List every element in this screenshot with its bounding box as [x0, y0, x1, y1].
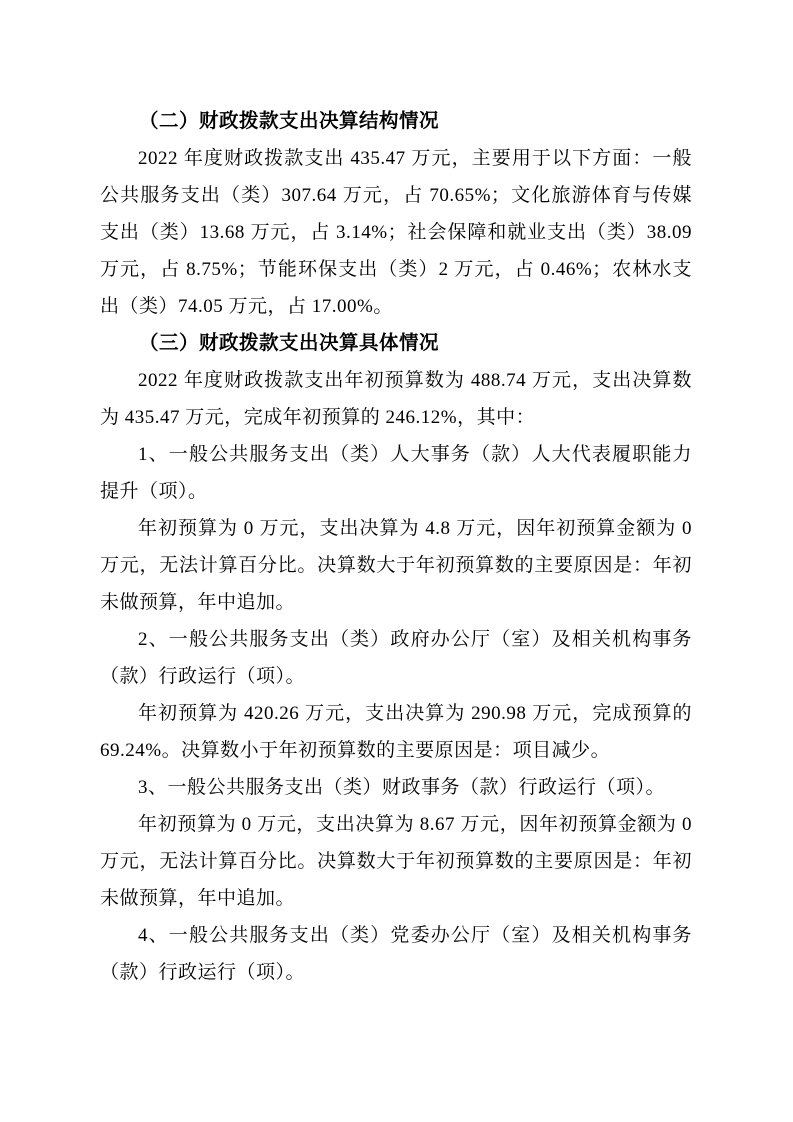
paragraph-item-1-title: 1、一般公共服务支出（类）人大事务（款）人大代表履职能力提升（项）。 — [100, 436, 692, 510]
paragraph-item-1-detail: 年初预算为 0 万元，支出决算为 4.8 万元，因年初预算金额为 0 万元，无法… — [100, 510, 692, 621]
document-page: （二）财政拨款支出决算结构情况 2022 年度财政拨款支出 435.47 万元，… — [0, 0, 793, 1122]
document-content: （二）财政拨款支出决算结构情况 2022 年度财政拨款支出 435.47 万元，… — [100, 103, 692, 991]
paragraph-item-4-title: 4、一般公共服务支出（类）党委办公厅（室）及相关机构事务（款）行政运行（项）。 — [100, 917, 692, 991]
section-heading-expenditure-detail: （三）财政拨款支出决算具体情况 — [100, 325, 692, 362]
paragraph-item-2-title: 2、一般公共服务支出（类）政府办公厅（室）及相关机构事务（款）行政运行（项）。 — [100, 621, 692, 695]
paragraph-item-2-detail: 年初预算为 420.26 万元，支出决算为 290.98 万元，完成预算的 69… — [100, 695, 692, 769]
paragraph-item-3-detail: 年初预算为 0 万元，支出决算为 8.67 万元，因年初预算金额为 0 万元，无… — [100, 806, 692, 917]
paragraph-expenditure-structure-overview: 2022 年度财政拨款支出 435.47 万元，主要用于以下方面：一般公共服务支… — [100, 140, 692, 325]
section-heading-expenditure-structure: （二）财政拨款支出决算结构情况 — [100, 103, 692, 140]
paragraph-detail-overview: 2022 年度财政拨款支出年初预算数为 488.74 万元，支出决算数为 435… — [100, 362, 692, 436]
paragraph-item-3-title: 3、一般公共服务支出（类）财政事务（款）行政运行（项）。 — [100, 769, 692, 806]
